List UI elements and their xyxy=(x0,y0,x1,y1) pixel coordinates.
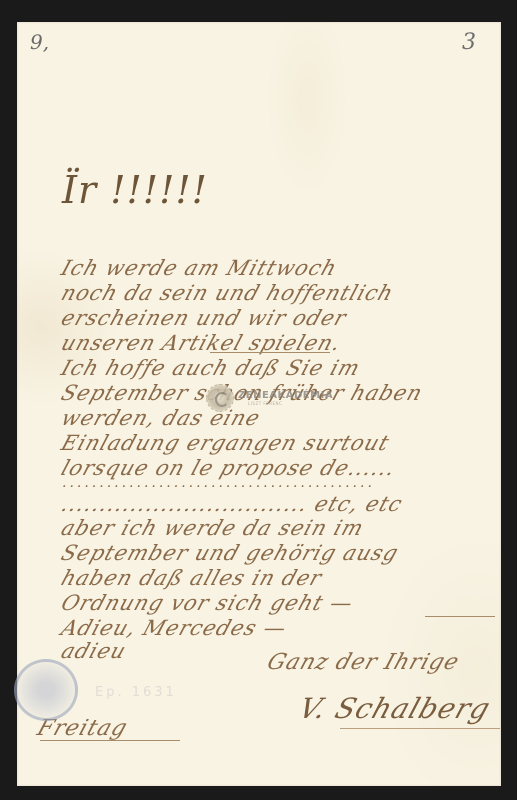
body-line-3: erscheinen und wir oder xyxy=(59,308,350,329)
body-line-12: aber ich werde da sein im xyxy=(59,518,367,539)
dash-after-mercedes xyxy=(425,616,495,617)
body-line-4: unseren Artikel spielen. xyxy=(59,333,344,354)
body-line-8: Einladung ergangen surtout xyxy=(59,433,393,454)
body-line-10-dots: ........................................… xyxy=(62,475,375,491)
body-line-13: September und gehörig ausg xyxy=(59,543,402,564)
footer-underline xyxy=(40,740,180,741)
salutation: Ïr !!!!!! xyxy=(62,168,208,212)
body-line-1: Ich werde am Mittwoch xyxy=(59,258,340,279)
body-line-17: adieu xyxy=(59,641,129,662)
library-stamp-icon xyxy=(14,659,78,721)
watermark-title: ZENEAKADÉMIA xyxy=(238,390,333,401)
watermark-subtitle: LISZT FERENC xyxy=(248,401,333,406)
body-line-16: Adieu, Mercedes — xyxy=(59,618,290,639)
archive-corner-mark: 9, xyxy=(30,30,49,54)
page-number: 3 xyxy=(462,30,476,55)
closing-phrase: Ganz der Ihrige xyxy=(265,652,462,673)
signature: V. Schalberg xyxy=(295,695,494,723)
underline-artikel xyxy=(210,352,330,353)
body-line-14: haben daß alles in der xyxy=(59,568,325,589)
zeneakademia-logo-icon xyxy=(206,384,234,412)
body-line-5: Ich hoffe auch daß Sie im xyxy=(59,358,363,379)
call-number: Ep. 1631 xyxy=(95,685,177,700)
body-line-2: noch da sein und hoffentlich xyxy=(59,283,397,304)
body-line-15: Ordnung vor sich geht — xyxy=(59,593,356,614)
body-line-11: ................................ etc, et… xyxy=(59,494,406,515)
signature-underline xyxy=(340,728,500,729)
left-footer-day: Freitag xyxy=(35,718,131,739)
zeneakademia-watermark: ZENEAKADÉMIA LISZT FERENC xyxy=(206,384,333,412)
